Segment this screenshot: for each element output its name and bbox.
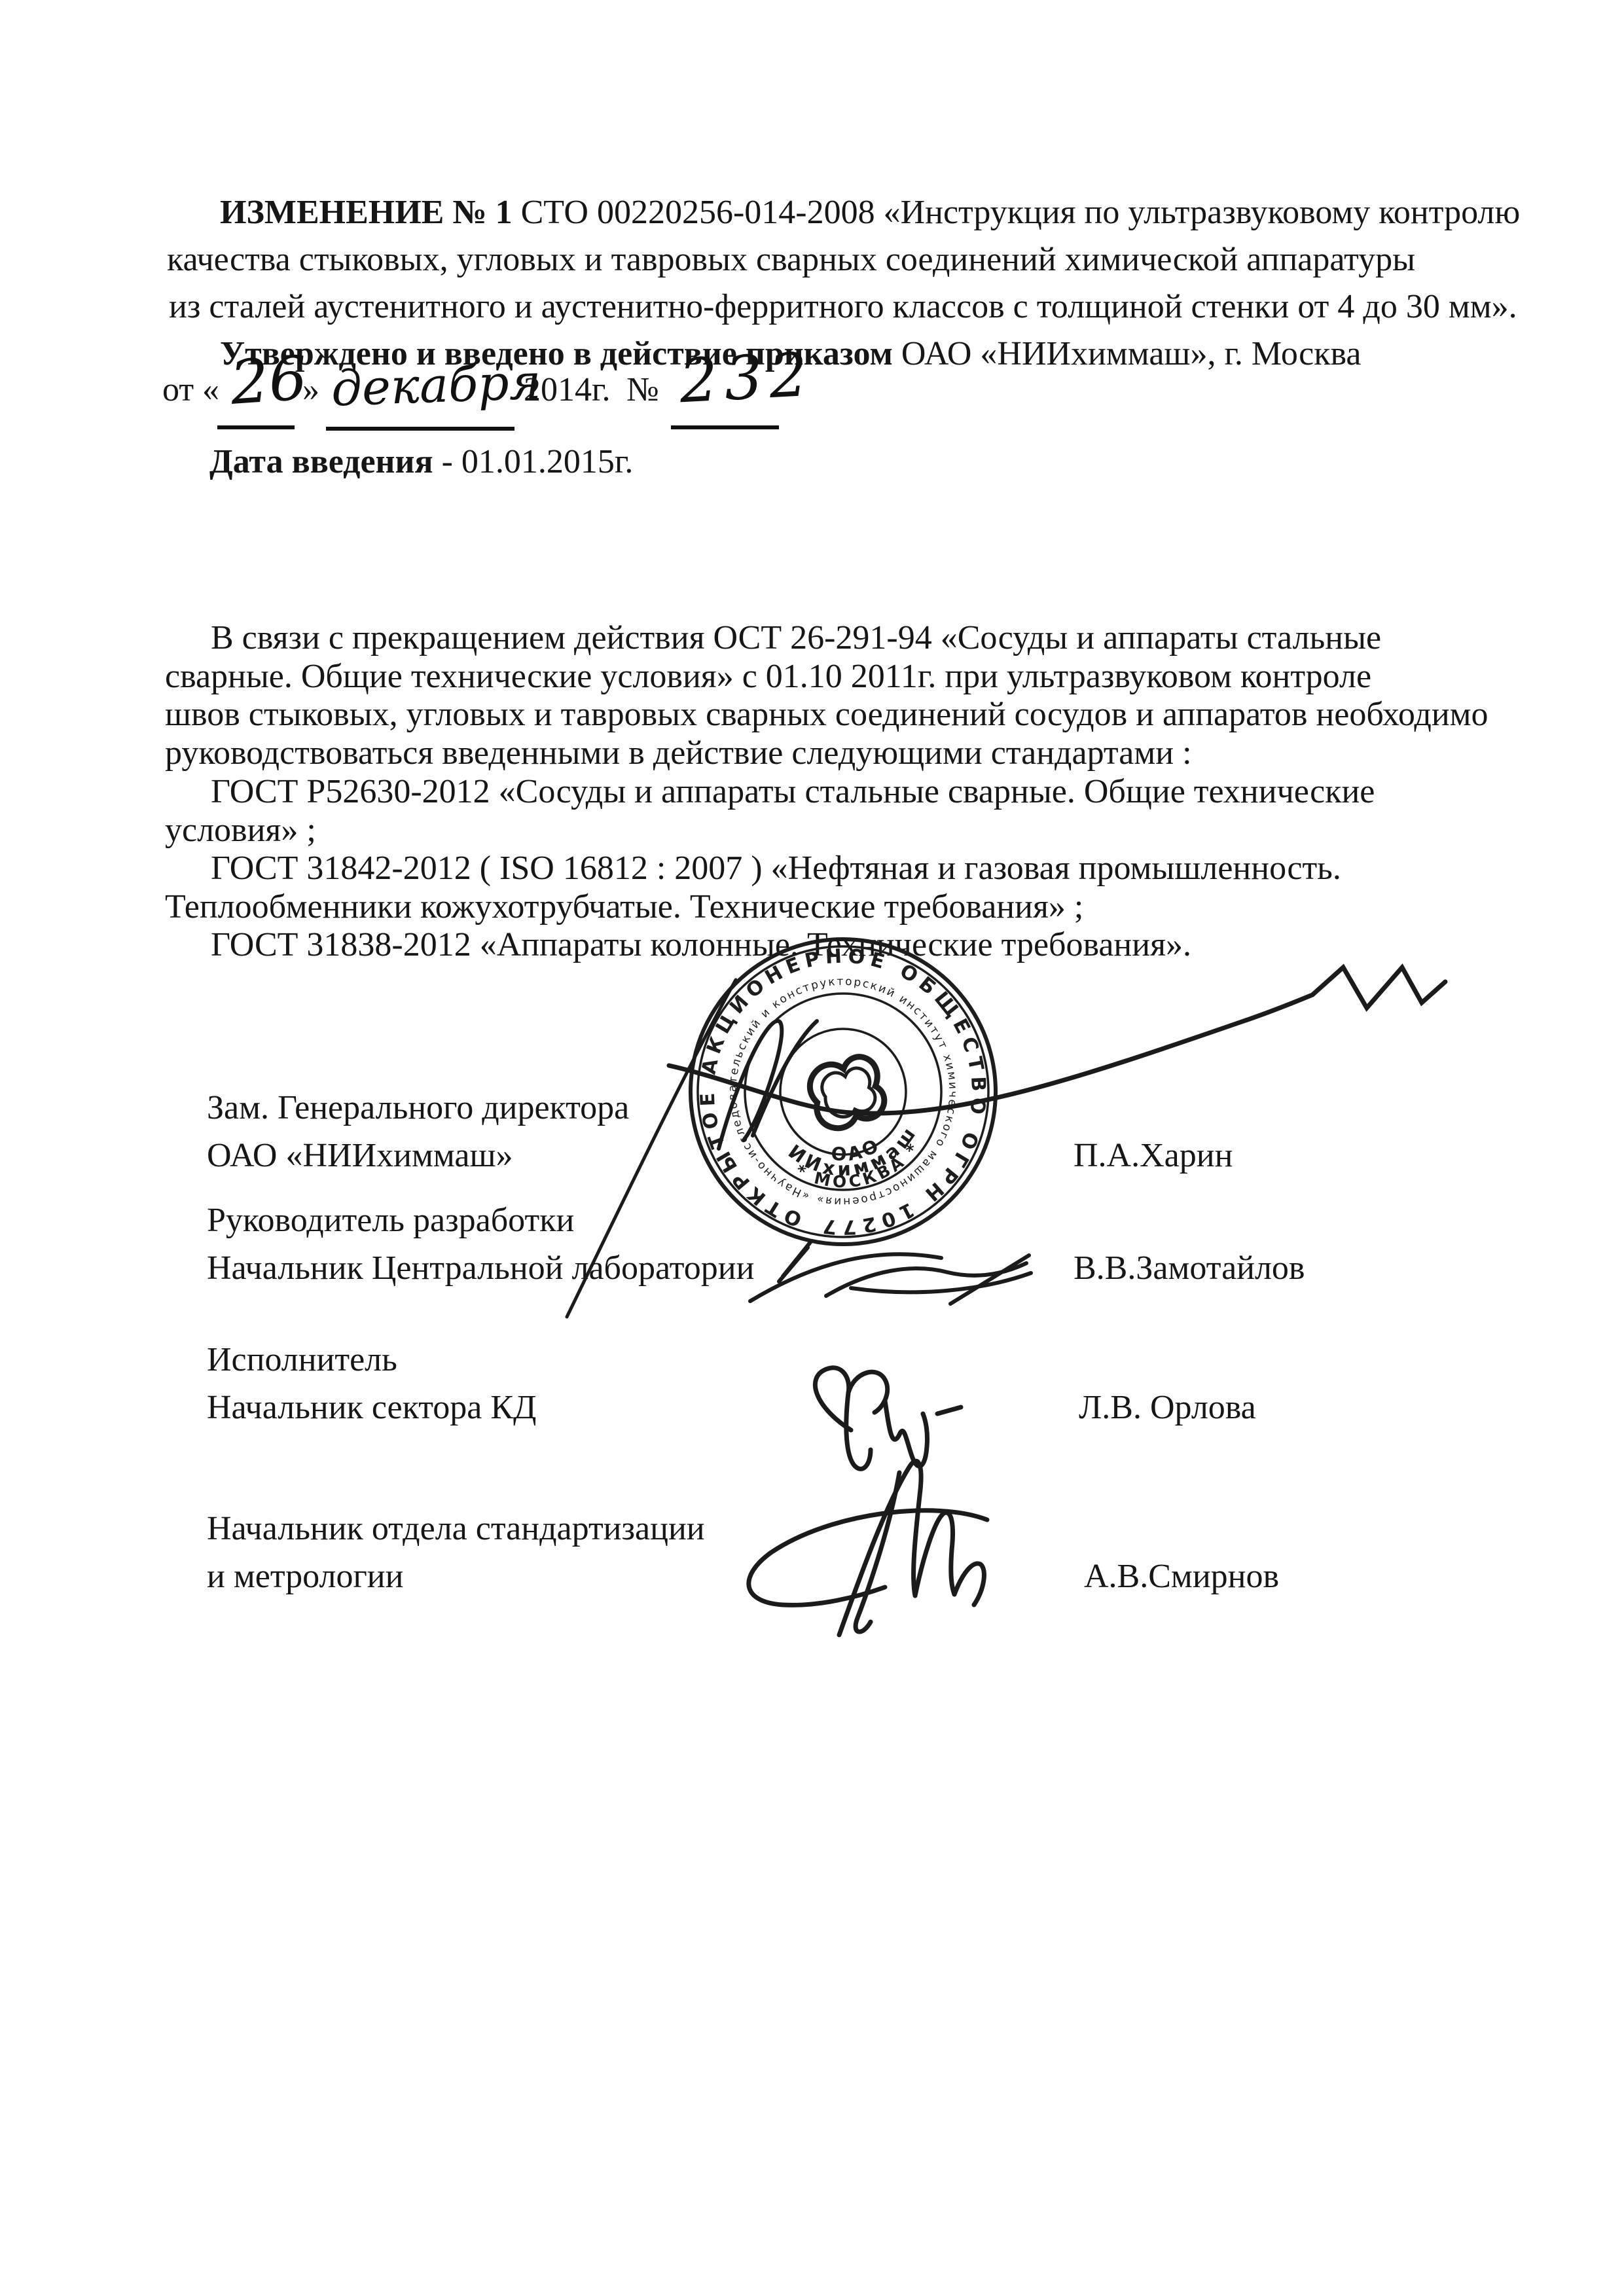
- svg-text:«Научно-исследовательский и ко: «Научно-исследовательский и конструкторс…: [704, 954, 981, 1230]
- name-smirnov: А.В.Смирнов: [1084, 1557, 1279, 1596]
- date-close-quote: »: [302, 370, 319, 410]
- date-day-handwritten: 26: [228, 343, 309, 418]
- role-standards-head-1: Начальник отдела стандартизации: [207, 1509, 705, 1549]
- heading-line-3: из сталей аустенитного и аустенитно-ферр…: [169, 287, 1517, 327]
- standard-line-5: ГОСТ 31838-2012 «Аппараты колонные. Техн…: [211, 925, 1191, 965]
- date-prefix: от «: [162, 370, 219, 410]
- body-line-2: сварные. Общие технические условия» с 01…: [165, 657, 1371, 696]
- role-standards-head-2: и метрологии: [207, 1557, 403, 1596]
- role-dev-lead-1: Руководитель разработки: [207, 1201, 574, 1240]
- standard-line-1: ГОСТ Р52630-2012 «Сосуды и аппараты стал…: [211, 772, 1375, 812]
- role-deputy-director-2: ОАО «НИИхиммаш»: [207, 1136, 513, 1175]
- standard-line-2: условия» ;: [165, 811, 316, 850]
- svg-text:ОАО: ОАО: [826, 1133, 885, 1170]
- document-page: ИЗМЕНЕНИЕ № 1 СТО 00220256-014-2008 «Инс…: [0, 0, 1624, 2296]
- heading-change-number: ИЗМЕНЕНИЕ № 1: [220, 194, 513, 231]
- svg-text:«НИИхиммаш» *: «НИИхиммаш» *: [770, 1060, 929, 1194]
- approval-rest: ОАО «НИИхиммаш», г. Москва: [893, 335, 1362, 372]
- date-number-handwritten: 232: [677, 340, 816, 417]
- body-line-1: В связи с прекращением действия ОСТ 26-2…: [211, 619, 1381, 658]
- effective-date-label: Дата введения: [209, 443, 433, 480]
- role-executor-2: Начальник сектора КД: [207, 1388, 536, 1427]
- standard-line-4: Теплообменники кожухотрубчатые. Техничес…: [165, 888, 1083, 927]
- heading-line-1-rest: СТО 00220256-014-2008 «Инструкция по уль…: [513, 194, 1521, 231]
- body-line-3: швов стыковых, угловых и тавровых сварны…: [165, 695, 1489, 734]
- stamp-knot-logo-icon: [806, 1053, 888, 1132]
- stamp-outer-text: ОТКРЫТОЕ АКЦИОНЕРНОЕ ОБЩЕСТВО ОГРН 10277…: [669, 918, 1017, 1266]
- role-deputy-director-1: Зам. Генерального директора: [207, 1088, 629, 1128]
- date-year: 2014г.: [524, 370, 610, 410]
- effective-date-line: Дата введения - 01.01.2015г.: [209, 442, 633, 482]
- svg-text:* МОСКВА *: * МОСКВА *: [789, 1135, 929, 1203]
- signature-smirnov: [749, 1461, 987, 1635]
- role-dev-lead-2: Начальник Центральной лаборатории: [207, 1249, 754, 1288]
- heading-line-1: ИЗМЕНЕНИЕ № 1 СТО 00220256-014-2008 «Инс…: [220, 193, 1520, 232]
- month-underline: [326, 427, 514, 431]
- number-underline: [671, 425, 779, 429]
- svg-text:ОТКРЫТОЕ АКЦИОНЕРНОЕ ОБЩЕСТВО: ОТКРЫТОЕ АКЦИОНЕРНОЕ ОБЩЕСТВО ОГРН 10277…: [669, 918, 1017, 1266]
- day-underline: [217, 425, 295, 429]
- stamp-org-abbr: ОАО: [826, 1133, 885, 1170]
- standard-line-3: ГОСТ 31842-2012 ( ISO 16812 : 2007 ) «Не…: [211, 849, 1341, 888]
- heading-line-2: качества стыковых, угловых и тавровых св…: [167, 240, 1415, 279]
- stamp-city-text: * МОСКВА *: [789, 1135, 929, 1203]
- body-line-4: руководствоваться введенными в действие …: [165, 734, 1192, 773]
- date-month-handwritten: декабря: [331, 353, 542, 417]
- effective-date-value: - 01.01.2015г.: [433, 443, 634, 480]
- role-executor-1: Исполнитель: [207, 1340, 397, 1380]
- round-stamp-icon: ОТКРЫТОЕ АКЦИОНЕРНОЕ ОБЩЕСТВО ОГРН 10277…: [662, 911, 1024, 1273]
- signature-zamotaylov: [750, 1242, 1031, 1304]
- name-kharin: П.А.Харин: [1074, 1136, 1233, 1175]
- stamp-middle-text: «Научно-исследовательский и конструкторс…: [704, 954, 981, 1230]
- signature-orlova: [815, 1368, 961, 1632]
- name-zamotaylov: В.В.Замотайлов: [1074, 1249, 1305, 1288]
- name-orlova: Л.В. Орлова: [1079, 1388, 1256, 1427]
- date-number-sign: №: [626, 370, 659, 410]
- stamp-org-name: «НИИхиммаш» *: [770, 1060, 929, 1194]
